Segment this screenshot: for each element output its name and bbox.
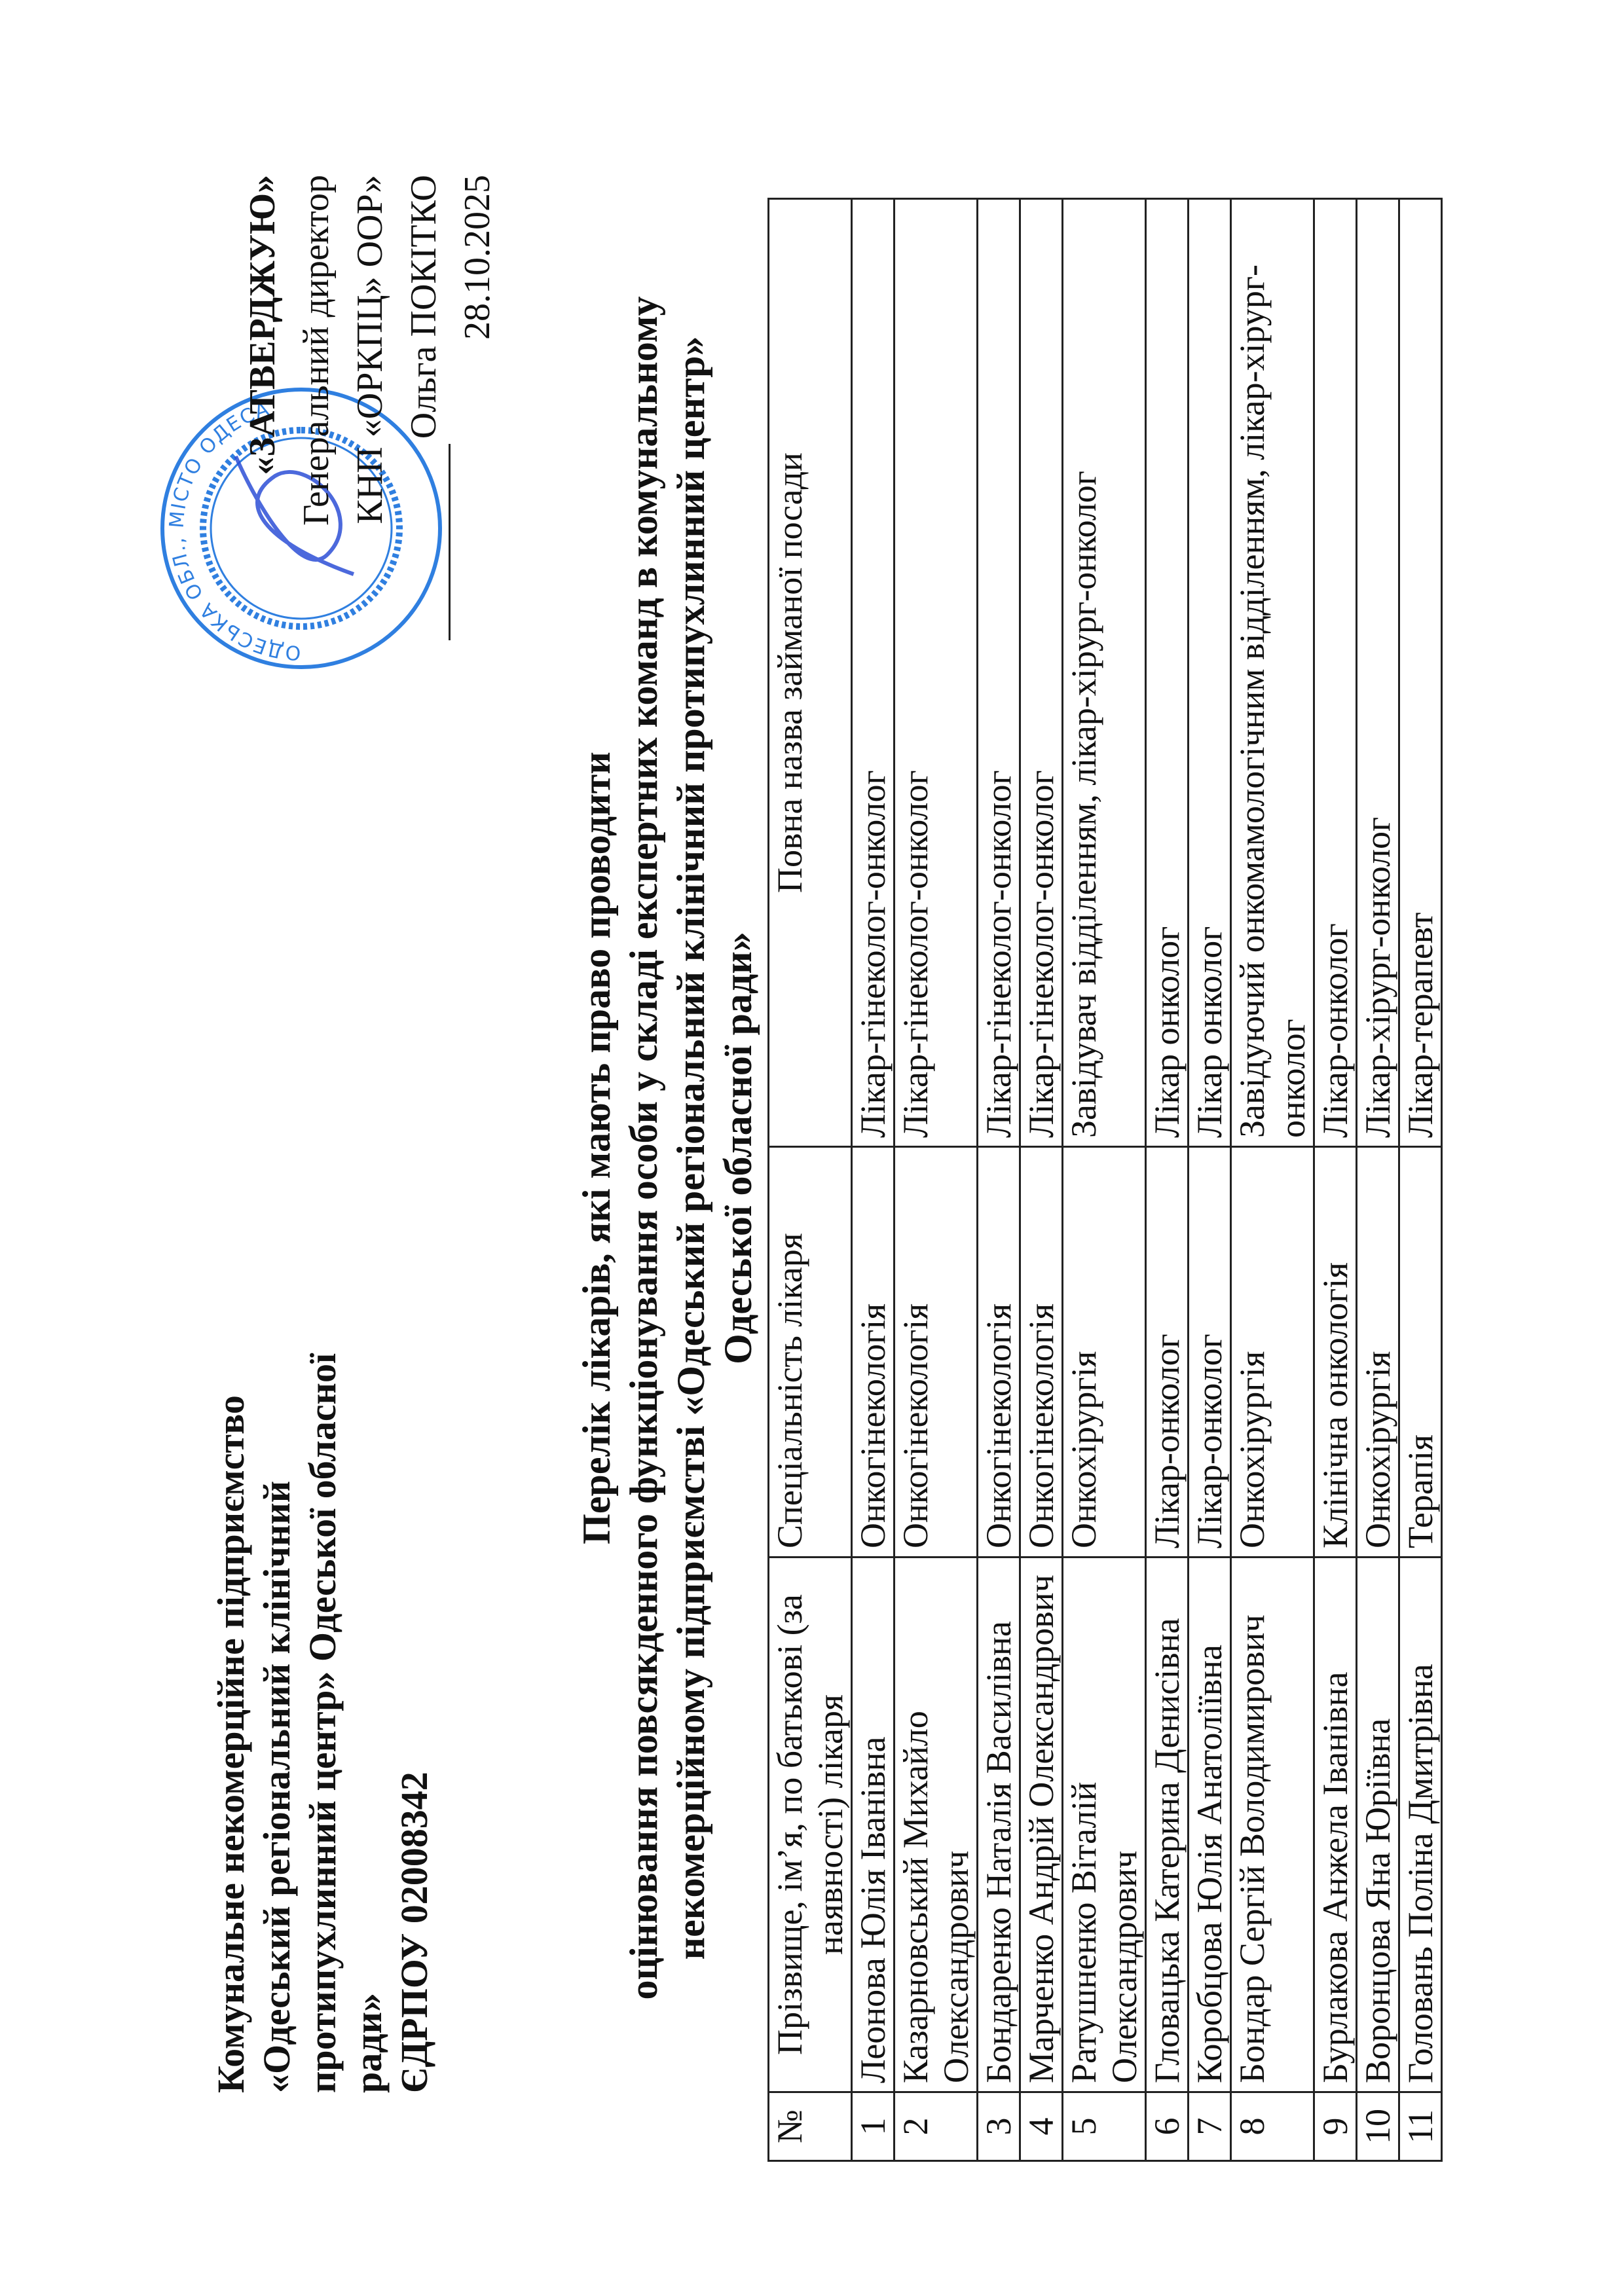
title-line: оцінювання повсякденного функціонування … <box>620 0 667 2296</box>
header-name: Прізвище, ім’я, по батькові (за наявност… <box>769 1558 852 2092</box>
organization-line: ради» <box>346 1072 392 2093</box>
cell-specialty: Онкогінекологія <box>1020 1147 1063 1558</box>
title-line: Перелік лікарів, які мають право проводи… <box>573 0 620 2296</box>
cell-position: Лікар-гінеколог-онколог <box>895 199 978 1147</box>
cell-number: 9 <box>1314 2092 1357 2161</box>
cell-name: Казарновський Михайло Олександрович <box>895 1558 978 2092</box>
cell-specialty: Лікар-онколог <box>1146 1147 1189 1558</box>
cell-number: 4 <box>1020 2092 1063 2161</box>
table-row: 8Бондар Сергій ВолодимировичОнкохірургія… <box>1231 199 1314 2161</box>
cell-position: Лікар-гінеколог-онколог <box>978 199 1020 1147</box>
cell-name: Бурлакова Анжела Іванівна <box>1314 1558 1357 2092</box>
cell-name: Гловацька Катерина Денисівна <box>1146 1558 1189 2092</box>
cell-name: Воронцова Яна Юріївна <box>1357 1558 1399 2092</box>
cell-name: Бондаренко Наталія Василівна <box>978 1558 1020 2092</box>
signatory-name: Ольга ПОКІТКО <box>403 175 444 439</box>
cell-position: Завідувач відділенням, лікар-хірург-онко… <box>1063 199 1146 1147</box>
cell-specialty: Онкохірургія <box>1357 1147 1399 1558</box>
title-line: Одеської обласної ради» <box>714 0 762 2296</box>
cell-number: 11 <box>1399 2092 1442 2161</box>
cell-number: 3 <box>978 2092 1020 2161</box>
table-row: 11Головань Поліна ДмитрівнаТерапіяЛікар-… <box>1399 199 1442 2161</box>
cell-position: Лікар-терапевт <box>1399 199 1442 1147</box>
cell-number: 8 <box>1231 2092 1314 2161</box>
cell-specialty: Лікар-онколог <box>1189 1147 1231 1558</box>
cell-specialty: Онкохірургія <box>1231 1147 1314 1558</box>
header-number: № <box>769 2092 852 2161</box>
cell-number: 7 <box>1189 2092 1231 2161</box>
cell-specialty: Терапія <box>1399 1147 1442 1558</box>
approval-date: 28.10.2025 <box>451 175 504 646</box>
signature-line <box>449 444 451 640</box>
organization-line: Комунальне некомерційне підприємство <box>208 1072 254 2093</box>
table-row: 3Бондаренко Наталія ВасилівнаОнкогінекол… <box>978 199 1020 2161</box>
cell-number: 1 <box>852 2092 895 2161</box>
cell-specialty: Онкогінекологія <box>852 1147 895 1558</box>
organization-line: протипухлинний центр» Одеської обласної <box>300 1072 346 2093</box>
approval-organization: КНП «ОРКПЦ» ООР» <box>343 175 397 646</box>
cell-name: Леонова Юлія Іванівна <box>852 1558 895 2092</box>
cell-position: Лікар онколог <box>1189 199 1231 1147</box>
table-row: 2Казарновський Михайло ОлександровичОнко… <box>895 199 978 2161</box>
cell-name: Ратушненко Віталій Олександрович <box>1063 1558 1146 2092</box>
cell-position: Лікар-гінеколог-онколог <box>852 199 895 1147</box>
table-row: 10Воронцова Яна ЮріївнаОнкохірургіяЛікар… <box>1357 199 1399 2161</box>
table-row: 6Гловацька Катерина ДенисівнаЛікар-онкол… <box>1146 199 1189 2161</box>
table-row: 9Бурлакова Анжела ІванівнаКлінічна онкол… <box>1314 199 1357 2161</box>
cell-number: 5 <box>1063 2092 1146 2161</box>
cell-specialty: Онкогінекологія <box>978 1147 1020 1558</box>
header-specialty: Спеціальність лікаря <box>769 1147 852 1558</box>
approval-position: Генеральний директор <box>289 175 343 646</box>
table-header-row: № Прізвище, ім’я, по батькові (за наявно… <box>769 199 852 2161</box>
organization-line: «Одеський регіональний клінічний <box>254 1072 300 2093</box>
cell-name: Головань Поліна Дмитрівна <box>1399 1558 1442 2092</box>
approval-signatory: Ольга ПОКІТКО <box>397 175 451 646</box>
cell-name: Коробцова Юлія Анатоліївна <box>1189 1558 1231 2092</box>
title-line: некомерційному підприємстві «Одеський ре… <box>667 0 714 2296</box>
cell-specialty: Онкохірургія <box>1063 1147 1146 1558</box>
cell-number: 2 <box>895 2092 978 2161</box>
cell-position: Завідуючий онкомамологічним відділенням,… <box>1231 199 1314 1147</box>
cell-position: Лікар-онколог <box>1314 199 1357 1147</box>
cell-specialty: Онкогінекологія <box>895 1147 978 1558</box>
doctors-table: № Прізвище, ім’я, по батькові (за наявно… <box>767 198 1443 2162</box>
approval-block: «ЗАТВЕРДЖУЮ» Генеральний директор КНП «О… <box>236 175 504 646</box>
table-row: 5Ратушненко Віталій ОлександровичОнкохір… <box>1063 199 1146 2161</box>
organization-header: Комунальне некомерційне підприємство «Од… <box>208 1072 437 2093</box>
cell-position: Лікар-хірург-онколог <box>1357 199 1399 1147</box>
document-title: Перелік лікарів, які мають право проводи… <box>573 0 762 2296</box>
edrpou-code: ЄДРПОУ 02008342 <box>392 1072 437 2093</box>
cell-specialty: Клінічна онкологія <box>1314 1147 1357 1558</box>
cell-position: Лікар-гінеколог-онколог <box>1020 199 1063 1147</box>
header-position: Повна назва займаної посади <box>769 199 852 1147</box>
approval-title: «ЗАТВЕРДЖУЮ» <box>236 175 289 646</box>
cell-number: 6 <box>1146 2092 1189 2161</box>
cell-name: Марченко Андрій Олександрович <box>1020 1558 1063 2092</box>
table-row: 1Леонова Юлія ІванівнаОнкогінекологіяЛік… <box>852 199 895 2161</box>
cell-name: Бондар Сергій Володимирович <box>1231 1558 1314 2092</box>
document-page: Комунальне некомерційне підприємство «Од… <box>0 0 1624 2296</box>
cell-number: 10 <box>1357 2092 1399 2161</box>
table-row: 7Коробцова Юлія АнатоліївнаЛікар-онколог… <box>1189 199 1231 2161</box>
table-row: 4Марченко Андрій ОлександровичОнкогінеко… <box>1020 199 1063 2161</box>
cell-position: Лікар онколог <box>1146 199 1189 1147</box>
